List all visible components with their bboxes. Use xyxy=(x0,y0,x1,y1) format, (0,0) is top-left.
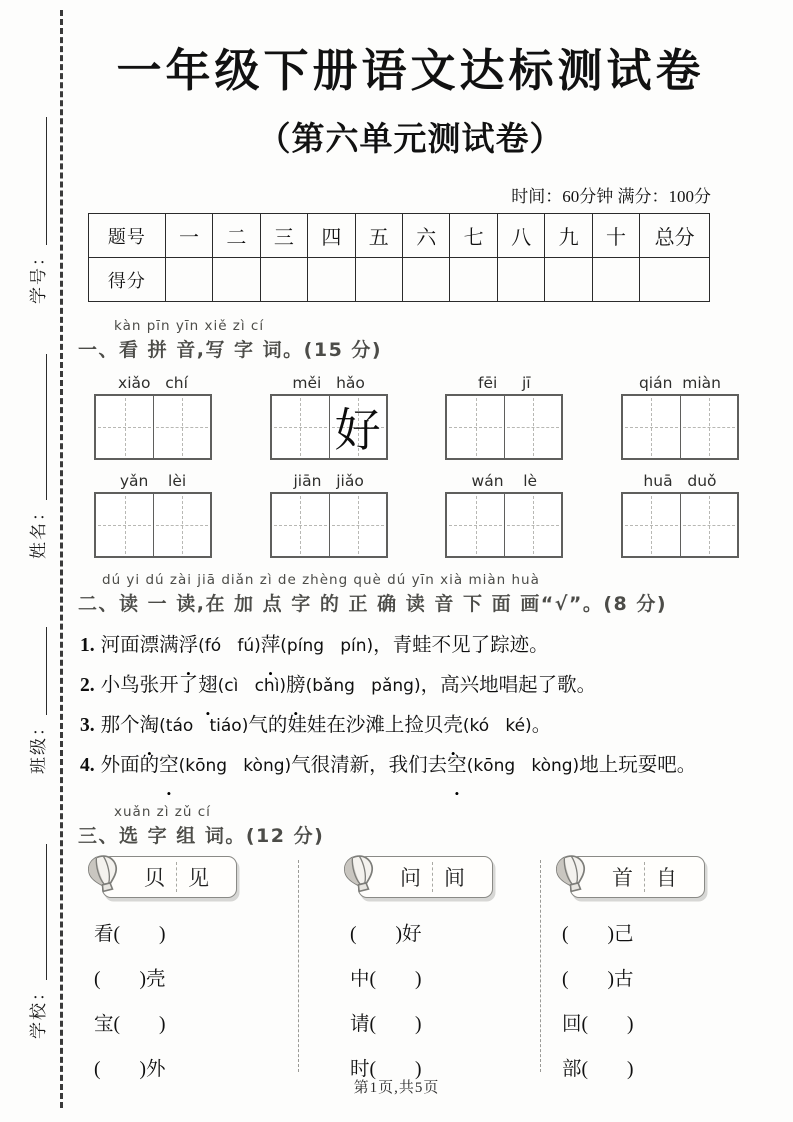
question-number-cell: 八 xyxy=(497,214,544,258)
writing-cell xyxy=(623,494,680,556)
word-item: ( )好 xyxy=(350,912,493,957)
section2-pinyin: dú yi dú zài jiā diǎn zì de zhèng què dú… xyxy=(78,572,743,588)
writing-unit: wán lè xyxy=(445,472,563,558)
sentence-text: 。 xyxy=(532,715,552,736)
word-pinyin-label: měi hǎo xyxy=(270,374,388,392)
dotted-character: 淘 xyxy=(140,706,160,746)
writing-unit: fēi jī xyxy=(445,374,563,460)
dotted-character: 萍 xyxy=(261,626,281,666)
choice-character: 贝 xyxy=(133,862,176,892)
writing-cell xyxy=(504,494,561,556)
hot-air-balloon-icon xyxy=(82,850,126,901)
question-number-cell: 五 xyxy=(355,214,402,258)
section3-pinyin: xuǎn zì zǔ cí xyxy=(78,804,743,820)
question-number-cell: 七 xyxy=(450,214,497,258)
writing-cell xyxy=(504,396,561,458)
word-pinyin-label: fēi jī xyxy=(445,374,563,392)
word-pinyin-label: jiān jiǎo xyxy=(270,472,388,490)
field-underline xyxy=(46,354,47,500)
writing-box xyxy=(94,492,212,558)
sidebar-field-label: 班级： xyxy=(29,717,48,774)
score-cell xyxy=(545,258,592,302)
sentence: 1.河面漂满浮(fó fú)萍(píng pín)，青蛙不见了踪迹。 xyxy=(80,626,743,666)
dotted-character: 翅 xyxy=(198,666,218,706)
word-item: ( )己 xyxy=(562,912,705,957)
writing-box-row: yǎn lèijiān jiǎowán lèhuā duǒ xyxy=(94,472,739,558)
sentence: 3.那个淘(táo tiáo)气的娃娃在沙滩上捡贝壳(kó ké)。 xyxy=(80,706,743,746)
sentence-text: 地上玩耍吧。 xyxy=(579,755,696,776)
question-number-cell: 四 xyxy=(308,214,355,258)
writing-unit: xiǎo chí xyxy=(94,374,212,460)
dotted-character: 空 xyxy=(159,746,179,786)
writing-cell xyxy=(680,494,737,556)
word-pinyin-label: xiǎo chí xyxy=(94,374,212,392)
sidebar-field-label: 学号： xyxy=(29,247,48,304)
sentence-number: 1. xyxy=(80,635,95,656)
choice-character: 问 xyxy=(389,862,432,892)
word-item: 中( ) xyxy=(350,957,493,1002)
score-row-label: 得分 xyxy=(89,258,166,302)
choice-tag: 首自 xyxy=(570,856,705,898)
score-cell xyxy=(260,258,307,302)
pinyin-options: (táo tiáo) xyxy=(159,716,248,736)
page-title: 一年级下册语文达标测试卷 xyxy=(78,34,743,99)
choice-character: 自 xyxy=(644,862,688,892)
word-item: 回( ) xyxy=(562,1002,705,1047)
sentence-text: 小鸟张开了 xyxy=(101,675,199,696)
question-number-cell: 三 xyxy=(260,214,307,258)
word-pinyin-label: qián miàn xyxy=(621,374,739,392)
question-number-row: 题号一二三四五六七八九十总分 xyxy=(89,214,710,258)
column-divider xyxy=(298,860,299,1072)
word-choice-group: 首自( )己( )古回( )部( ) xyxy=(562,856,705,1092)
sentence-text: ，青蛙不见了踪迹。 xyxy=(373,635,549,656)
pinyin-options: (bǎng pǎng) xyxy=(306,676,421,696)
word-pinyin-label: yǎn lèi xyxy=(94,472,212,490)
sidebar-field: 学号： xyxy=(24,117,49,304)
score-cell xyxy=(497,258,544,302)
writing-cell xyxy=(272,396,329,458)
score-cell xyxy=(592,258,639,302)
sentence-text: 气很清新，我们去 xyxy=(291,755,447,776)
score-cell xyxy=(403,258,450,302)
section2-heading: 二、读 一 读,在 加 点 字 的 正 确 读 音 下 面 画“√”。(8 分) xyxy=(78,589,743,616)
question-row-label: 题号 xyxy=(89,214,166,258)
sentence-text: 气的娃娃在沙滩上捡贝 xyxy=(248,715,443,736)
hot-air-balloon-icon xyxy=(338,850,382,901)
word-pinyin-label: huā duǒ xyxy=(621,472,739,490)
sentence-number: 2. xyxy=(80,675,95,696)
section1-writing-grid: xiǎo chíměi hǎo好fēi jīqián miànyǎn lèiji… xyxy=(78,374,743,558)
score-cell xyxy=(308,258,355,302)
writing-cell xyxy=(96,396,153,458)
field-underline xyxy=(46,844,47,980)
exam-paper: 一年级下册语文达标测试卷 （第六单元测试卷） 时间：60分钟 满分：100分 题… xyxy=(78,0,743,1086)
word-item: ( )古 xyxy=(562,957,705,1002)
sentence-text: 河面漂满 xyxy=(101,635,179,656)
writing-unit: měi hǎo好 xyxy=(270,374,388,460)
score-cell xyxy=(450,258,497,302)
hot-air-balloon-icon xyxy=(550,850,594,901)
section3-heading: 三、选 字 组 词。(12 分) xyxy=(78,821,743,848)
writing-unit: jiān jiǎo xyxy=(270,472,388,558)
sidebar-field: 班级： xyxy=(24,627,49,774)
writing-box xyxy=(94,394,212,460)
word-item: ( )壳 xyxy=(94,957,237,1002)
writing-box xyxy=(270,492,388,558)
exam-meta: 时间：60分钟 满分：100分 xyxy=(78,182,743,207)
pinyin-options: (kōng kòng) xyxy=(467,756,580,776)
writing-box xyxy=(621,492,739,558)
score-cell xyxy=(355,258,402,302)
column-divider xyxy=(540,860,541,1072)
sidebar-field-label: 学校： xyxy=(29,982,48,1039)
dotted-character: 膀 xyxy=(286,666,306,706)
writing-cell xyxy=(680,396,737,458)
sidebar-field: 姓名： xyxy=(24,354,49,559)
question-number-cell: 九 xyxy=(545,214,592,258)
dotted-character: 壳 xyxy=(443,706,463,746)
word-item: 请( ) xyxy=(350,1002,493,1047)
writing-box xyxy=(445,394,563,460)
writing-cell xyxy=(272,494,329,556)
word-item-list: 看( )( )壳宝( )( )外 xyxy=(94,912,237,1092)
score-cell xyxy=(213,258,260,302)
section1-pinyin: kàn pīn yīn xiě zì cí xyxy=(78,318,743,334)
writing-box xyxy=(621,394,739,460)
score-table: 题号一二三四五六七八九十总分得分 xyxy=(88,213,710,302)
choice-tag: 贝见 xyxy=(102,856,237,898)
sentence-number: 3. xyxy=(80,715,95,736)
writing-cell: 好 xyxy=(329,396,386,458)
question-number-cell: 一 xyxy=(165,214,212,258)
page-footer: 第1页,共5页 xyxy=(0,1076,793,1097)
writing-cell xyxy=(623,396,680,458)
question-number-cell: 十 xyxy=(592,214,639,258)
score-cell xyxy=(165,258,212,302)
writing-cell xyxy=(447,396,504,458)
sentence: 4.外面的空(kōng kòng)气很清新，我们去空(kōng kòng)地上玩… xyxy=(80,746,743,786)
writing-unit: huā duǒ xyxy=(621,472,739,558)
writing-cell xyxy=(153,396,210,458)
writing-box xyxy=(445,492,563,558)
score-cell xyxy=(640,258,710,302)
writing-cell xyxy=(329,494,386,556)
sentence: 2.小鸟张开了翅(cì chì)膀(bǎng pǎng)，高兴地唱起了歌。 xyxy=(80,666,743,706)
writing-unit: yǎn lèi xyxy=(94,472,212,558)
score-row: 得分 xyxy=(89,258,710,302)
writing-cell xyxy=(153,494,210,556)
choice-tag: 问间 xyxy=(358,856,493,898)
sample-character: 好 xyxy=(330,396,386,458)
question-number-cell: 二 xyxy=(213,214,260,258)
word-item-list: ( )好中( )请( )时( ) xyxy=(350,912,493,1092)
word-item: 宝( ) xyxy=(94,1002,237,1047)
word-item: 看( ) xyxy=(94,912,237,957)
word-item-list: ( )己( )古回( )部( ) xyxy=(562,912,705,1092)
section2-sentences: 1.河面漂满浮(fó fú)萍(píng pín)，青蛙不见了踪迹。2.小鸟张开… xyxy=(80,626,743,786)
sentence-text: 那个 xyxy=(101,715,140,736)
writing-cell xyxy=(447,494,504,556)
writing-box: 好 xyxy=(270,394,388,460)
choice-character: 间 xyxy=(432,862,476,892)
dotted-character: 空 xyxy=(447,746,467,786)
writing-box-row: xiǎo chíměi hǎo好fēi jīqián miàn xyxy=(94,374,739,460)
question-number-cell: 六 xyxy=(403,214,450,258)
question-number-cell: 总分 xyxy=(640,214,710,258)
sentence-text: ，高兴地唱起了歌。 xyxy=(421,675,597,696)
sidebar-field: 学校： xyxy=(24,844,49,1039)
word-choice-group: 问间( )好中( )请( )时( ) xyxy=(350,856,493,1092)
writing-unit: qián miàn xyxy=(621,374,739,460)
field-underline xyxy=(46,627,47,715)
seal-line xyxy=(60,10,63,1108)
pinyin-options: (kó ké) xyxy=(463,716,532,736)
field-underline xyxy=(46,117,47,245)
writing-cell xyxy=(96,494,153,556)
dotted-character: 浮 xyxy=(179,626,199,666)
pinyin-options: (fó fú) xyxy=(198,636,261,656)
page-subtitle: （第六单元测试卷） xyxy=(78,113,743,160)
choice-character: 见 xyxy=(176,862,220,892)
pinyin-options: (kōng kòng) xyxy=(179,756,292,776)
sentence-number: 4. xyxy=(80,755,95,776)
section1-heading: 一、看 拼 音,写 字 词。(15 分) xyxy=(78,335,743,362)
word-pinyin-label: wán lè xyxy=(445,472,563,490)
sidebar-field-label: 姓名： xyxy=(29,502,48,559)
choice-character: 首 xyxy=(601,862,644,892)
pinyin-options: (cì chì) xyxy=(218,676,286,696)
section3-word-groups: 贝见看( )( )壳宝( )( )外 问间( )好中( )请( )时( ) 首自… xyxy=(78,856,743,1086)
pinyin-options: (píng pín) xyxy=(280,636,373,656)
word-choice-group: 贝见看( )( )壳宝( )( )外 xyxy=(94,856,237,1092)
